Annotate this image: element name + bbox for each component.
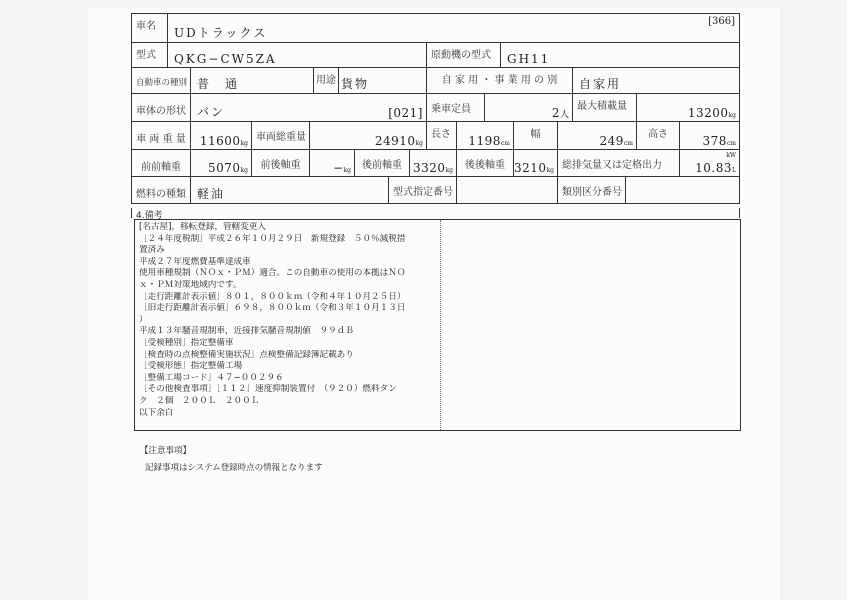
remarks-line: 平成１３年騒音規制車，近接排気騒音規制値 ９９ｄＢ	[139, 326, 436, 338]
remarks-line: ク ２個 ２００Ｌ ２００Ｌ	[139, 396, 436, 408]
value-width: 249	[600, 134, 624, 148]
label-vehicle-type: 自動車の種別	[132, 68, 190, 91]
value-length: 1198	[468, 134, 501, 148]
label-rr-axle: 後後軸重	[457, 150, 513, 174]
row-vehicle-name: 車名 [366] UDトラックス	[132, 13, 739, 42]
label-ff-axle: 前前軸重	[132, 150, 190, 176]
value-max-load: 13200	[688, 106, 729, 120]
row-body-shape: 車体の形状 バン [021] 乗車定員 2人 最大積載量 13200kg	[132, 93, 739, 121]
vehicle-inspection-table: 車名 [366] UDトラックス 型式 QKG−CW5ZA 原動機の型式 GH1…	[131, 13, 740, 204]
remarks-line: ［２４年度税制］平成２６年１０月２９日 新規登録 ５０％減税措	[139, 234, 436, 246]
label-category-number: 類別区分番号	[558, 177, 625, 201]
remarks-box: [名古屋]，移転登録，管轄変更入［２４年度税制］平成２６年１０月２９日 新規登録…	[134, 219, 741, 431]
remarks-line: ［走行距離計表示値］８０１，８００ｋｍ（令和４年１０月２５日）	[139, 292, 436, 304]
value-gross-weight: 24910	[375, 134, 416, 148]
remarks-header: 4.備考	[131, 208, 740, 218]
remarks-line: ［受検形態］指定整備工場	[139, 361, 436, 373]
remarks-line: ｘ・ＰＭ対策地域内です。	[139, 280, 436, 292]
value-ff-axle: 5070	[208, 161, 241, 175]
value-vehicle-name: UDトラックス	[174, 24, 267, 41]
value-usage: 貨物	[341, 75, 369, 92]
remarks-line: ［検査時の点検整備実施状況］点検整備記録簿記載あり	[139, 350, 436, 362]
remarks-line: ［受検種別］指定整備車	[139, 338, 436, 350]
label-vehicle-weight: 車 両 重 量	[132, 122, 190, 148]
label-length: 長さ	[427, 122, 456, 143]
remarks-line: ）	[139, 315, 436, 327]
remarks-line: ［整備工場コード］４７−００２９６	[139, 373, 436, 385]
label-max-load: 最大積載量	[573, 94, 636, 115]
label-usage: 用途	[314, 68, 338, 89]
value-capacity: 2	[552, 106, 560, 120]
label-height: 高さ	[637, 122, 679, 143]
label-gross-weight: 車両総重量	[252, 122, 309, 146]
row-fuel: 燃料の種類 軽油 型式指定番号 類別区分番号	[132, 176, 739, 203]
value-private-business: 自家用	[579, 75, 621, 92]
value-fuel: 軽油	[197, 185, 225, 202]
label-fr-axle: 前後軸重	[252, 150, 309, 174]
value-body-shape: バン	[197, 103, 225, 120]
value-rr-axle: 3210	[514, 161, 547, 175]
row-weights: 車 両 重 量 11600kg 車両総重量 24910kg 長さ 1198cm …	[132, 121, 739, 149]
notes-title: 【注意事項】	[140, 444, 191, 456]
remarks-line: 平成２７年度燃費基準達成車	[139, 257, 436, 269]
remarks-line: ［旧走行距離計表示値］６９８，８００ｋｍ（令和３年１０月１３日	[139, 303, 436, 315]
label-fuel: 燃料の種類	[132, 177, 190, 203]
value-fr-axle: −	[333, 161, 344, 175]
remarks-text: [名古屋]，移転登録，管轄変更入［２４年度税制］平成２６年１０月２９日 新規登録…	[135, 220, 441, 430]
label-private-business: 自 家 用 ・ 事 業 用 の 別	[427, 68, 572, 89]
row-axles: 前前軸重 5070kg 前後軸重 −kg 後前軸重 3320kg 後後軸重 32…	[132, 149, 739, 176]
label-engine-model: 原動機の型式	[427, 43, 500, 64]
value-height: 378	[703, 134, 727, 148]
remarks-line: 以下余白	[139, 408, 436, 420]
value-vehicle-weight: 11600	[200, 134, 241, 148]
label-displacement: 総排気量又は定格出力	[558, 150, 679, 174]
label-rf-axle: 後前軸重	[355, 150, 409, 174]
value-displacement: 10.83	[695, 161, 732, 175]
document-number: [366]	[708, 16, 735, 27]
row-model: 型式 QKG−CW5ZA 原動機の型式 GH11	[132, 42, 739, 67]
remarks-line: ［その他検査事項］［１１２］速度抑制装置付 （９２０）燃料タン	[139, 384, 436, 396]
label-capacity: 乗車定員	[427, 94, 484, 118]
remarks-line: [名古屋]，移転登録，管轄変更入	[139, 222, 436, 234]
row-vehicle-type: 自動車の種別 普 通 用途 貨物 自 家 用 ・ 事 業 用 の 別 自家用	[132, 67, 739, 93]
label-model: 型式	[132, 43, 167, 64]
value-vehicle-type: 普 通	[197, 75, 239, 92]
label-width: 幅	[514, 122, 557, 143]
remarks-line: 使用車種規制（ＮＯｘ・ＰＭ）適合。この自動車の使用の本拠はＮＯ	[139, 268, 436, 280]
remarks-line: 置済み	[139, 245, 436, 257]
label-type-designation: 型式指定番号	[389, 177, 456, 201]
value-body-shape-code: [021]	[388, 106, 423, 120]
value-rf-axle: 3320	[413, 161, 446, 175]
label-body-shape: 車体の形状	[132, 94, 190, 120]
value-model: QKG−CW5ZA	[174, 52, 277, 66]
notes-text: 記録事項はシステム登録時点の情報となります	[145, 461, 323, 473]
label-vehicle-name: 車名	[132, 14, 167, 35]
value-engine-model: GH11	[507, 52, 550, 66]
